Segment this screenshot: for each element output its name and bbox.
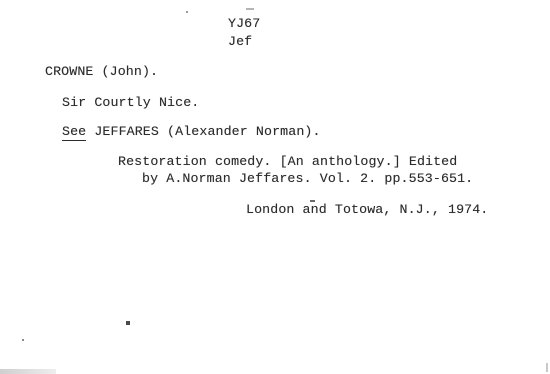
call-number-suffix: Jef bbox=[228, 34, 252, 49]
scan-speck bbox=[22, 339, 24, 341]
author-heading: CROWNE (John). bbox=[45, 64, 158, 79]
scan-speck bbox=[310, 200, 315, 202]
see-reference-line: See JEFFARES (Alexander Norman). bbox=[62, 124, 321, 139]
note-line-2: by A.Norman Jeffares. Vol. 2. pp.553-651… bbox=[142, 171, 473, 186]
see-reference-target: JEFFARES (Alexander Norman). bbox=[86, 124, 320, 139]
call-number: YJ67 bbox=[228, 16, 260, 31]
scan-smudge bbox=[546, 363, 548, 372]
scan-smudge bbox=[0, 369, 56, 374]
catalog-card: YJ67 Jef CROWNE (John). Sir Courtly Nice… bbox=[0, 0, 550, 374]
imprint-line: London and Totowa, N.J., 1974. bbox=[246, 202, 488, 217]
scan-speck bbox=[126, 321, 130, 325]
scan-speck bbox=[186, 11, 188, 13]
work-title: Sir Courtly Nice. bbox=[62, 95, 199, 110]
note-line-1: Restoration comedy. [An anthology.] Edit… bbox=[118, 154, 457, 169]
see-label: See bbox=[62, 124, 86, 141]
scan-speck bbox=[246, 8, 254, 10]
